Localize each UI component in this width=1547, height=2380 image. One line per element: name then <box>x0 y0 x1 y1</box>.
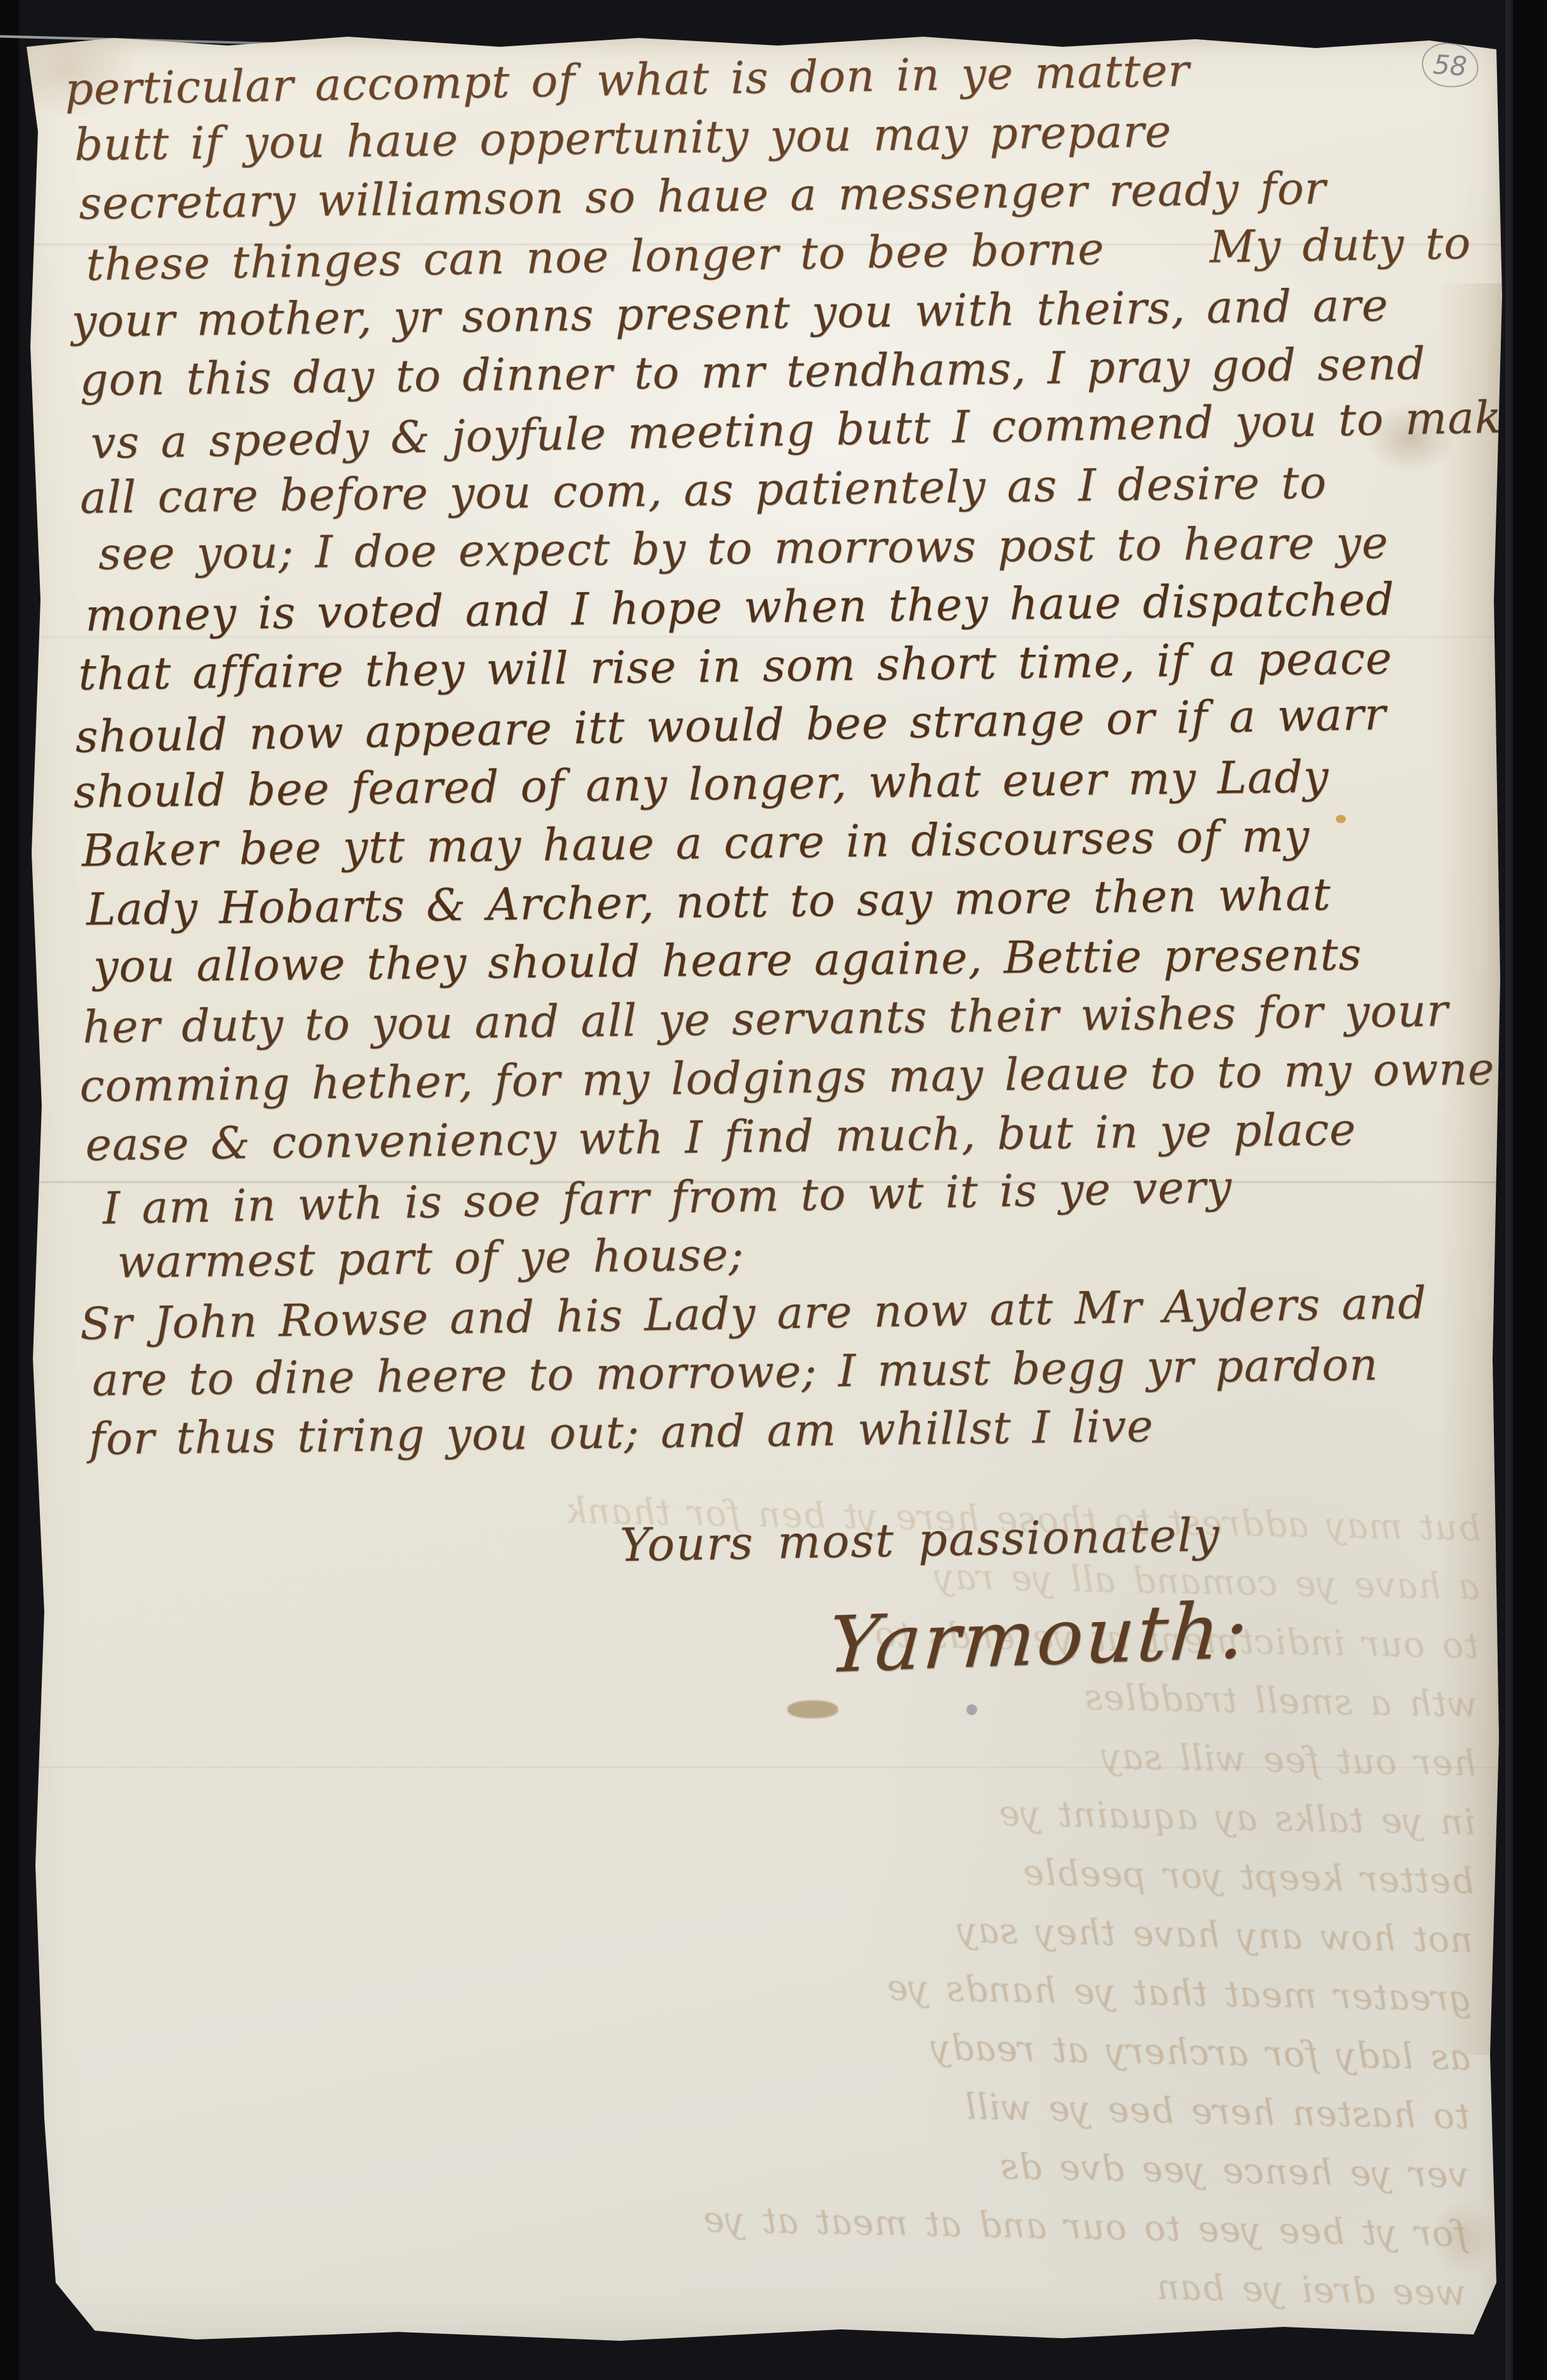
verso-showthrough: but may addrest to those here yt ben for… <box>49 1472 1482 2323</box>
binding-seam <box>1505 0 1513 2380</box>
mount-shadow-right <box>1510 0 1547 2380</box>
folio-number: 58 <box>1433 49 1469 82</box>
scanned-letter-page: { "page": { "folio_number": "58", "backg… <box>0 0 1547 2380</box>
mount-shadow-left <box>0 0 19 2380</box>
letter-page: but may addrest to those here yt ben for… <box>19 30 1502 2347</box>
letter-line: see you; I doe expect by to morrows post… <box>98 512 1491 583</box>
letter-closing: Yours most passionately <box>619 1508 1221 1572</box>
signature-yarmouth: Yarmouth: <box>825 1585 1252 1690</box>
letter-body: perticular accompt of what is don in ye … <box>65 40 1501 1469</box>
